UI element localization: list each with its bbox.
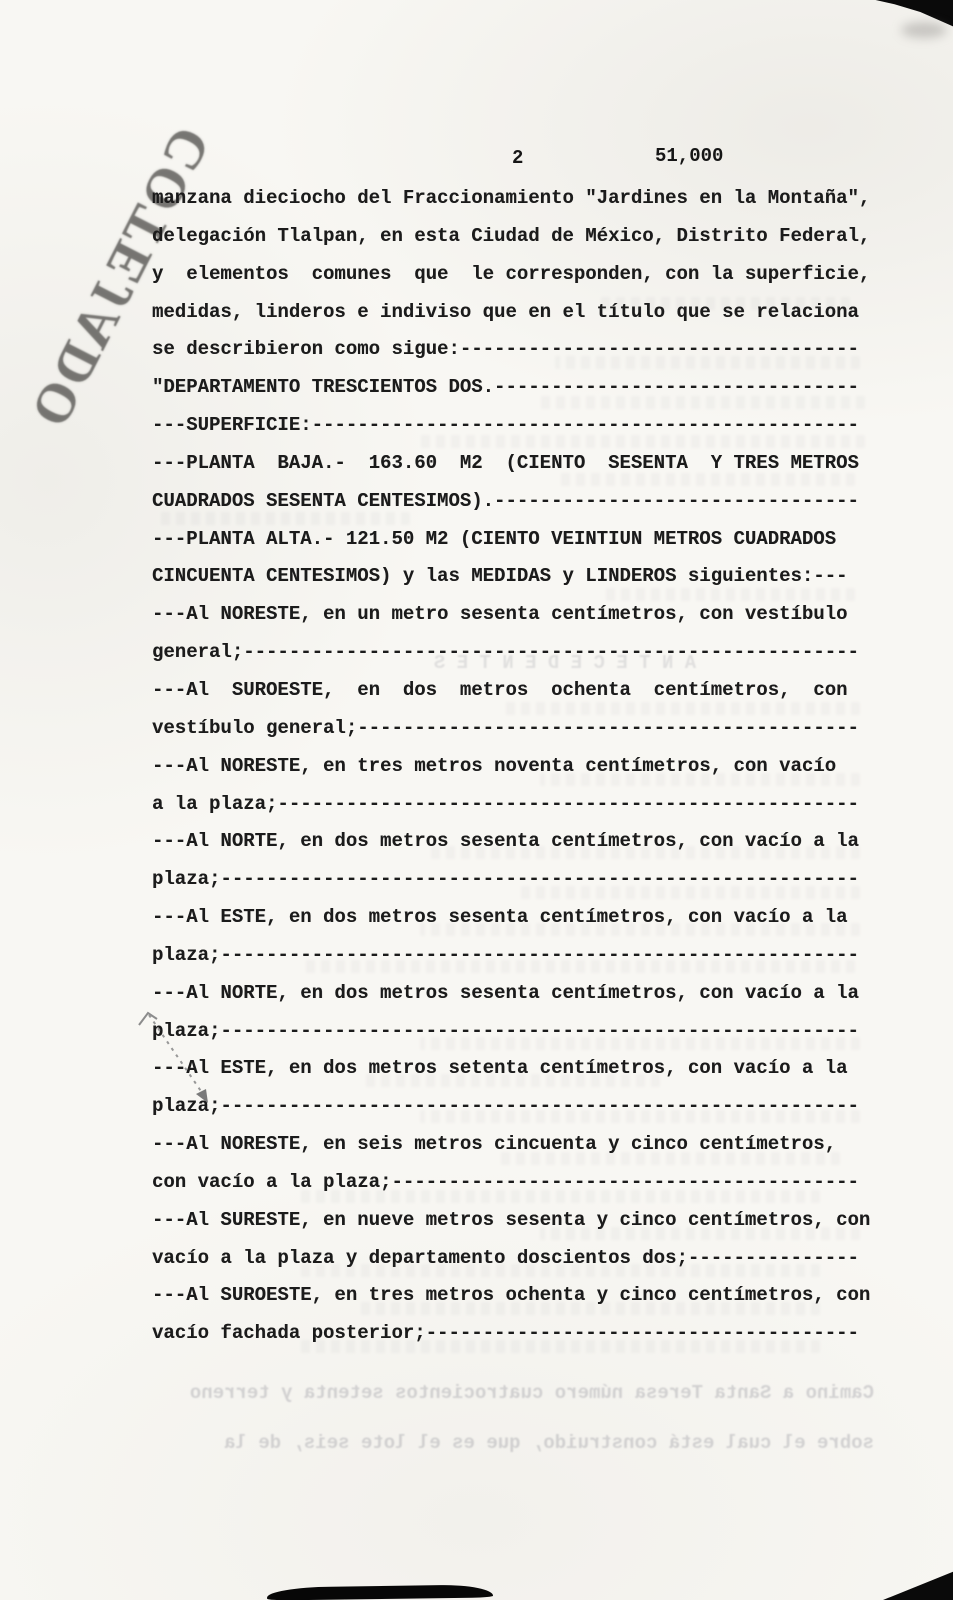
- bleed-through-smudge: [540, 1227, 860, 1240]
- bleed-through-smudge: [520, 886, 860, 899]
- bleed-through-smudge: [555, 473, 855, 486]
- bleed-through-smudge: [420, 923, 860, 936]
- bleed-through-smudge: [360, 1074, 660, 1087]
- bleed-through-smudge: [500, 1152, 840, 1165]
- document-line: ---Al NORESTE, en un metro sesenta centí…: [152, 596, 912, 634]
- bleed-through-smudge: [360, 1302, 820, 1315]
- document-line: ---PLANTA ALTA.- 121.50 M2 (CIENTO VEINT…: [152, 521, 912, 559]
- bleed-through-smudge: [535, 396, 865, 409]
- bleed-through-smudge: [420, 1037, 860, 1050]
- page-number: 2: [512, 147, 523, 169]
- document-line: ---Al NORTE, en dos metros sesenta centí…: [152, 975, 912, 1013]
- bleed-through-line: Camino a Santa Teresa número cuatrocient…: [146, 1382, 874, 1404]
- scan-corner-artifact-bottom-right: [883, 1570, 953, 1600]
- document-line: vestíbulo general;----------------------…: [152, 710, 912, 748]
- bleed-through-line: A N T E C E D E N T E S: [330, 652, 800, 674]
- document-line: delegación Tlalpan, en esta Ciudad de Mé…: [152, 218, 912, 256]
- bleed-through-smudge: [300, 960, 855, 973]
- document-line: manzana dieciocho del Fraccionamiento "J…: [152, 180, 912, 218]
- bleed-through-smudge: [500, 702, 860, 715]
- bleed-through-smudge: [430, 846, 860, 859]
- document-line: a la plaza;-----------------------------…: [152, 786, 912, 824]
- document-number: 51,000: [655, 145, 723, 167]
- bleed-through-smudge: [300, 1340, 820, 1353]
- bleed-through-smudge: [300, 1264, 820, 1277]
- bleed-through-line: sobre el cual está construido, que es el…: [146, 1432, 874, 1454]
- bleed-through-smudge: [160, 512, 410, 525]
- scan-artifact-bottom-bar: [267, 1584, 493, 1600]
- scan-smudge-top-right: [901, 22, 947, 38]
- bleed-through-smudge: [600, 297, 850, 310]
- bleed-through-smudge: [420, 435, 865, 448]
- bleed-through-smudge: [600, 588, 855, 601]
- scanned-document-page: COTEJADO 2 51,000 manzana dieciocho del …: [0, 0, 953, 1600]
- bleed-through-smudge: [555, 356, 860, 369]
- bleed-through-smudge: [540, 773, 860, 786]
- bleed-through-smudge: [420, 1110, 860, 1123]
- bleed-through-smudge: [300, 1190, 820, 1203]
- pen-arrow-mark: [125, 995, 245, 1125]
- document-line: y elementos comunes que le corresponden,…: [152, 256, 912, 294]
